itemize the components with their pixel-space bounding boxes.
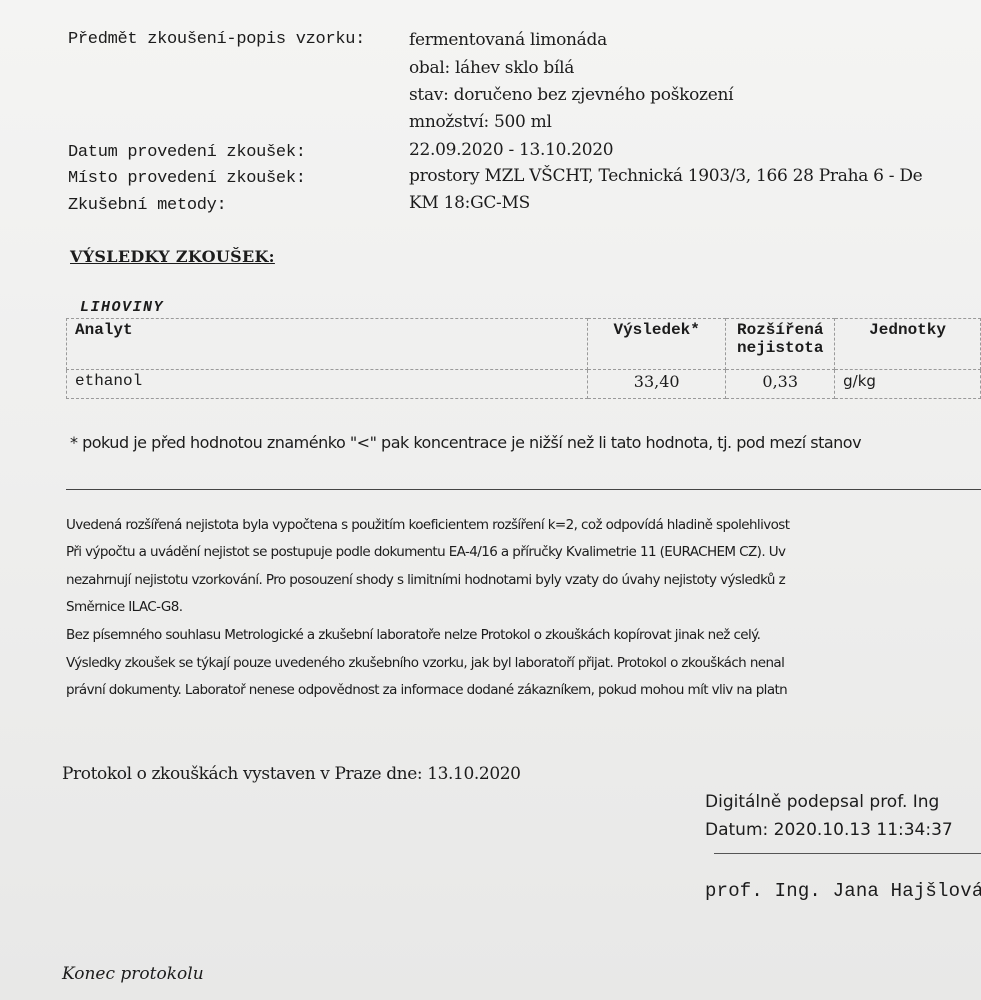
column-header-analyte: Analyt [67, 319, 588, 370]
condition-value: stav: doručeno bez zjevného poškození [409, 85, 733, 105]
results-footnote: * pokud je před hodnotou znaménko "<" pa… [70, 433, 861, 452]
results-table-header: Analyt Výsledek* Rozšířená nejistota Jed… [67, 319, 981, 370]
results-group-title: LIHOVINY [80, 299, 164, 316]
sample-description-label: Předmět zkoušení-popis vzorku: [68, 30, 365, 49]
test-date-value: 22.09.2020 - 13.10.2020 [409, 140, 613, 160]
cell-analyte: ethanol [67, 370, 588, 399]
cell-result: 33,40 [588, 370, 726, 399]
uncertainty-header-line2: nejistota [737, 339, 823, 357]
digital-signature-line1: Digitálně podepsal prof. Ing [705, 792, 939, 812]
test-location-label: Místo provedení zkoušek: [68, 169, 306, 188]
test-date-label: Datum provedení zkoušek: [68, 143, 306, 162]
uncertainty-header-line1: Rozšířená [737, 321, 823, 339]
test-methods-value: KM 18:GC-MS [409, 193, 530, 213]
digital-signature-date: Datum: 2020.10.13 11:34:37 [705, 820, 953, 840]
quantity-value: množství: 500 ml [409, 112, 552, 132]
end-of-protocol: Konec protokolu [62, 964, 204, 984]
test-location-value: prostory MZL VŠCHT, Technická 1903/3, 16… [409, 166, 922, 186]
section-divider [66, 489, 981, 490]
note-line: Směrnice ILAC-G8. [66, 599, 182, 615]
packaging-value: obal: láhev sklo bílá [409, 58, 574, 78]
sample-description-value: fermentovaná limonáda [409, 30, 607, 50]
note-line: Bez písemného souhlasu Metrologické a zk… [66, 627, 760, 643]
column-header-unit: Jednotky [835, 319, 981, 370]
note-line: Při výpočtu a uvádění nejistot se postup… [66, 544, 785, 560]
column-header-uncertainty: Rozšířená nejistota [726, 319, 835, 370]
note-line: Výsledky zkoušek se týkají pouze uvedené… [66, 655, 784, 671]
test-methods-label: Zkušební metody: [68, 196, 226, 215]
note-line: nezahrnují nejistotu vzorkování. Pro pos… [66, 572, 785, 588]
note-line: Uvedená rozšířená nejistota byla vypočte… [66, 517, 789, 533]
signature-rule [714, 853, 981, 854]
note-line: právní dokumenty. Laboratoř nenese odpov… [66, 682, 787, 698]
cell-uncertainty: 0,33 [726, 370, 835, 399]
table-row: ethanol 33,40 0,33 g/kg [67, 370, 981, 399]
issued-statement: Protokol o zkouškách vystaven v Praze dn… [62, 764, 521, 784]
signatory-name: prof. Ing. Jana Hajšlová, C [705, 880, 981, 902]
cell-unit: g/kg [835, 370, 981, 399]
results-section-title: VÝSLEDKY ZKOUŠEK: [70, 247, 275, 266]
column-header-result: Výsledek* [588, 319, 726, 370]
results-table: Analyt Výsledek* Rozšířená nejistota Jed… [66, 318, 981, 399]
